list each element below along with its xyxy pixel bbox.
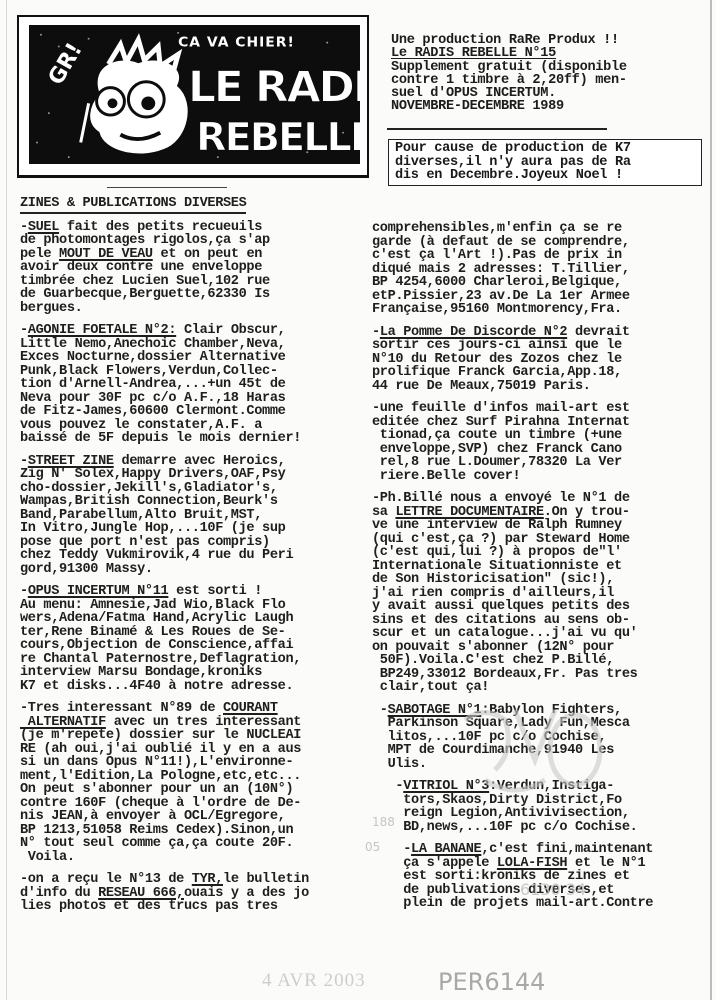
text-line: (c'est qui,lui ?) à propos de"l' [372,546,707,560]
notice-box: Pour cause de production de K7 diverses,… [388,139,702,186]
page-edge-left [6,0,7,1000]
text-line: -une feuille d'infos mail-art est [372,402,707,416]
section-title: ZINES & PUBLICATIONS DIVERSES [20,197,246,214]
text-line: interview Marsu Bondage,kroniks [20,666,365,680]
info-line: suel d'OPUS INCERTUM. [391,87,701,100]
info-line: Supplement gratuit (disponible [391,61,701,74]
article-mail-art: -une feuille d'infos mail-art esteditée … [372,402,707,483]
text-line: pose que port n'est pas compris) [20,536,365,550]
text-line: ça s'appele LOLA-FISH et le N°1 [372,857,707,871]
text-line: j'ai rien compris d'ailleurs,il [372,587,707,601]
text-line: y avait aussi quelques petits des [372,600,707,614]
text-line: (je m'repete) dossier sur le NUCLEAI [20,729,365,743]
article-courant-alternatif: -Tres interessant N°89 de COURANT ALTERN… [20,702,365,864]
text-line: On peut s'abonner pour un an (10N°) [20,783,365,797]
text-line: N°10 du Retour des Zozos chez le [372,353,707,367]
text-line: rel,8 rue L.Doumer,78320 La Ver [372,456,707,470]
text-segment: Ulis. [372,757,427,772]
text-line: bergues. [20,302,365,316]
text-line: avoir deux contre une enveloppe [20,261,365,275]
text-line: -OPUS INCERTUM N°11 est sorti ! [20,585,365,599]
title-line2: REBELLE [196,115,360,161]
text-line: riere.Belle cover! [372,470,707,484]
text-line: de Fitz-James,60600 Clermont.Comme [20,405,365,419]
left-column: ZINES & PUBLICATIONS DIVERSES -SUEL fait… [20,197,365,923]
text-line: BP249,33012 Bordeaux,Fr. Pas tres [372,668,707,682]
text-line: cours,Objection de Conscience,affai [20,639,365,653]
article-la-banane: -LA BANANE,c'est fini,maintenant ça s'ap… [372,843,707,911]
issue-title: Le RADIS REBELLE N°15 [391,47,701,60]
notice-line: dis en Decembre.Joyeux Noel ! [395,169,695,183]
divider [107,187,227,188]
text-line: BP 4254,6000 Charleroi,Belgique, [372,276,707,290]
text-line: editée chez Surf Pirahna Internat [372,416,707,430]
text-line: gord,91300 Massy. [20,563,365,577]
text-line: vous pouvez le constater,A.F. a [20,419,365,433]
text-line: tionad,ça coute un timbre (+une [372,429,707,443]
date-stamp: 4 AVR 2003 [262,970,366,992]
page-edge-right [710,0,712,1000]
text-segment: baissé de 5F depuis le mois dernier! [20,431,301,446]
text-line: prolifique Franck Garcia,App.18, [372,366,707,380]
text-segment: BD,news,...10F pc c/o Cochise. [372,820,637,835]
catalog-number-handwritten: PER6144 [438,968,545,996]
text-line: Wampas,British Connection,Beurk's [20,495,365,509]
text-line: c'est ça l'Art !).Pas de prix in [372,249,707,263]
text-line: pele MOUT DE VEAU et on peut en [20,248,365,262]
right-column: comprehensibles,m'enfin ça se regarde (à… [372,222,707,920]
text-line: -on a reçu le N°13 de TYR,le bulletin [20,873,365,887]
masthead-logo: GR! CA VA CHIER! LE RADIS REBELLE [17,15,369,178]
stamp-number: 188 [372,815,395,829]
text-line: plein de projets mail-art.Contre [372,897,707,911]
article-suel: -SUEL fait des petits recueuilsde photom… [20,221,365,316]
text-segment: clair,tout ça! [372,680,489,695]
text-line: diqué mais 2 adresses: T.Tillier, [372,263,707,277]
text-line: -SUEL fait des petits recueuils [20,221,365,235]
tagline-text: CA VA CHIER! [178,35,295,51]
text-line: K7 et disks...4F40 à notre adresse. [20,680,365,694]
text-line: RE (ah oui,j'ai oublié il y en a aus [20,743,365,757]
text-segment: bergues. [20,301,82,316]
text-line: lies photos et des trucs pas tres [20,900,365,914]
text-line: tion d'Arnell-Andrea,...+un 45t de [20,378,365,392]
text-line: -LA BANANE,c'est fini,maintenant [372,843,707,857]
text-line: de Son Historicisation" (sic!), [372,573,707,587]
publication-info: Une production RaRe Produx !! Le RADIS R… [391,34,701,114]
text-line: N° tout seul comme ça,ça coute 20F. [20,837,365,851]
text-line: Voila. [20,851,365,865]
text-line: -STREET ZINE demarre avec Heroics, [20,455,365,469]
text-line: -Tres interessant N°89 de COURANT [20,702,365,716]
text-line: Internationale Situationniste et [372,560,707,574]
text-line: clair,tout ça! [372,681,707,695]
text-line: 44 rue De Meaux,75019 Paris. [372,380,707,394]
notice-line: diverses,il n'y aura pas de Ra [395,156,695,170]
exclaim-text: GR! [44,39,88,90]
text-line: on pouvait s'abonner (12N° pour [372,641,707,655]
text-line: d'info du RESEAU 666,ouais y a des jo [20,887,365,901]
text-line: BP 1213,51058 Reims Cedex).Sinon,un [20,824,365,838]
article-street-zine: -STREET ZINE demarre avec Heroics,Zig N'… [20,455,365,577]
info-line: contre 1 timbre à 2,20ff) men- [391,74,701,87]
text-line: ment,l'Edition,La Pologne,etc,etc... [20,770,365,784]
text-line: baissé de 5F depuis le mois dernier! [20,432,365,446]
article-agonie-foetale: -AGONIE FOETALE N°2: Clair Obscur,Little… [20,324,365,446]
text-line: ve une interview de Ralph Rumney [372,519,707,533]
text-line: In Vitro,Jungle Hop,...10F (je sup [20,522,365,536]
text-line: chez Teddy Vukmirovik,4 rue du Peri [20,549,365,563]
article-tyr: -on a reçu le N°13 de TYR,le bulletind'i… [20,873,365,914]
text-line: sortir ces jours-ci ainsi que le [372,339,707,353]
article-opus-incertum: -OPUS INCERTUM N°11 est sorti !Au menu: … [20,585,365,693]
text-line: BD,news,...10F pc c/o Cochise. [372,821,707,835]
text-line: sa LETTRE DOCUMENTAIRE.On y trou- [372,506,707,520]
issue-date: NOVEMBRE-DECEMBRE 1989 [391,100,701,113]
text-line: -La Pomme De Discorde N°2 devrait [372,326,707,340]
text-line: timbrée chez Lucien Suel,102 rue [20,275,365,289]
text-segment: Voila. [20,850,75,865]
text-segment: 44 rue De Meaux,75019 Paris. [372,379,591,394]
text-segment: riere.Belle cover! [372,469,520,484]
text-segment: K7 et disks...4F40 à notre adresse. [20,679,293,694]
text-line: (qui c'est,ça ?) par Steward Home [372,533,707,547]
text-line: nis JEAN,à envoyer à OCL/Egregore, [20,810,365,824]
text-line: Au menu: Amnesie,Jad Wio,Black Flo [20,599,365,613]
faint-logo-stamp [455,700,615,810]
text-line: cho-dossier,Jekill's,Gladiator's, [20,482,365,496]
notice-line: Pour cause de production de K7 [395,142,695,156]
text-line: ter,Rene Binamé & Les Roues de Se- [20,626,365,640]
date-underline [387,128,607,130]
stamp-number: 6130 34 [520,880,586,899]
text-line: Punk,Black Flowers,Verdun,Collec- [20,365,365,379]
text-line: Little Nemo,Anechoic Chamber,Neva, [20,338,365,352]
text-segment: plein de projets mail-art.Contre [372,896,653,911]
text-line: Band,Parabellum,Alto Bruit,MST, [20,509,365,523]
article-tyr-cont: comprehensibles,m'enfin ça se regarde (à… [372,222,707,317]
text-line: garde (à defaut de se comprendre, [372,236,707,250]
title-line1: LE RADIS [188,63,360,113]
text-line: de Guarbecque,Berguette,62330 Is [20,288,365,302]
text-line: -Ph.Billé nous a envoyé le N°1 de [372,492,707,506]
text-line: Exces Nocturne,dossier Alternative [20,351,365,365]
text-line: wers,Adena/Fatma Hand,Acrylic Laugh [20,612,365,626]
text-line: -AGONIE FOETALE N°2: Clair Obscur, [20,324,365,338]
text-line: sins et des citations au sens ob- [372,614,707,628]
text-segment: lies photos et des trucs pas tres [20,899,278,914]
text-line: re Chantal Paternostre,Deflagration, [20,653,365,667]
stamp-number: 05 [365,840,380,854]
text-line: Neva pour 30F pc c/o A.F.,18 Haras [20,392,365,406]
text-line: si un dans Opus N°11!),L'environne- [20,756,365,770]
text-line: scur et un catalogue...j'ai vu qu' [372,627,707,641]
text-line: Française,95160 Montmorency,Fra. [372,303,707,317]
production-credit: Une production RaRe Produx !! [391,34,701,47]
text-line: enveloppe,SVP) chez Franck Cano [372,443,707,457]
radish-character-illustration: GR! CA VA CHIER! LE RADIS REBELLE [29,25,360,164]
text-line: contre 160F (cheque à l'ordre de De- [20,797,365,811]
text-line: de photomontages rigolos,ça s'ap [20,234,365,248]
document-page: GR! CA VA CHIER! LE RADIS REBELLE Une pr… [0,0,716,1000]
text-line: 50F).Voila.C'est chez P.Billé, [372,654,707,668]
article-pomme-de-discorde: -La Pomme De Discorde N°2 devraitsortir … [372,326,707,394]
text-line: etP.Pissier,23 av.De La 1er Armee [372,290,707,304]
text-line: comprehensibles,m'enfin ça se re [372,222,707,236]
text-segment: gord,91300 Massy. [20,562,153,577]
text-line: ALTERNATIF avec un tres interessant [20,716,365,730]
text-segment: Française,95160 Montmorency,Fra. [372,302,622,317]
text-line: Zig N' Solex,Happy Drivers,OAF,Psy [20,468,365,482]
article-lettre-documentaire: -Ph.Billé nous a envoyé le N°1 desa LETT… [372,492,707,695]
